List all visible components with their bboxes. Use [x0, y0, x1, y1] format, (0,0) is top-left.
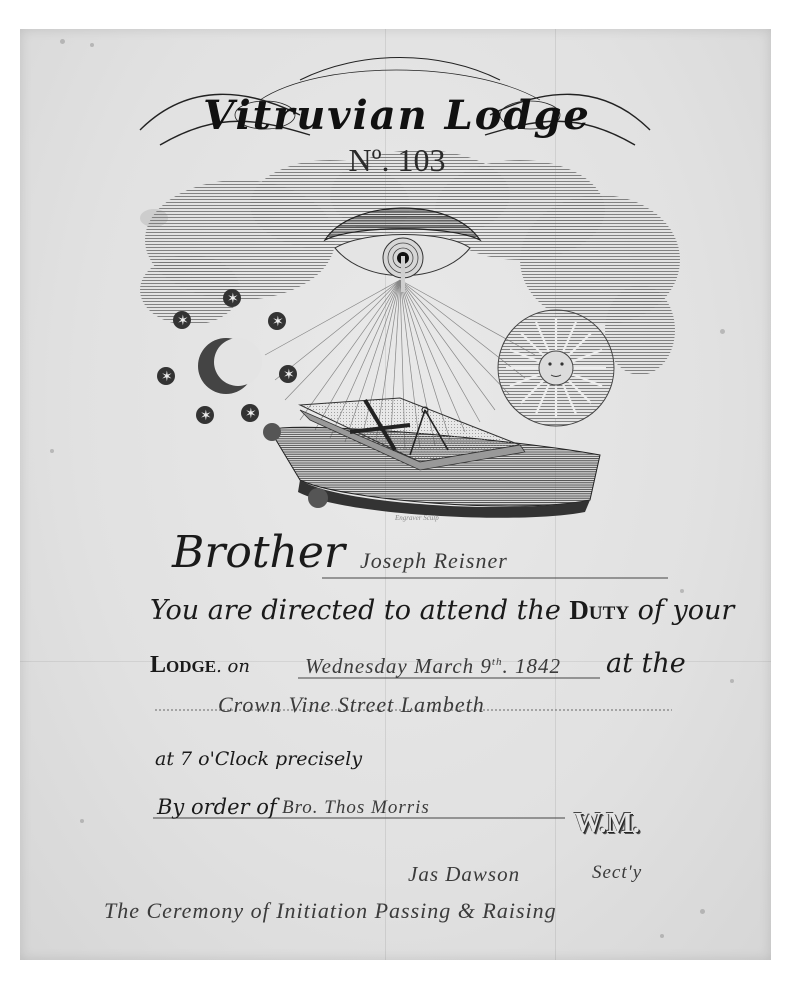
brother-name: Joseph Reisner — [360, 548, 508, 574]
lodge-number: Nº. 103 — [0, 142, 794, 179]
year-text: . 1842 — [502, 654, 561, 678]
duty-label: Duty — [569, 595, 629, 625]
svg-text:✶: ✶ — [245, 406, 257, 422]
directive-text-end: of your — [638, 595, 735, 626]
order-by-name: Bro. Thos Morris — [282, 797, 430, 819]
lodge-line: Lodge. on — [150, 648, 250, 679]
directive-line: You are directed to attend the Duty of y… — [150, 595, 734, 626]
at-the-label: at the — [606, 648, 686, 679]
lodge-title: Vitruvian Lodge — [0, 92, 794, 139]
date-suffix: th — [492, 656, 503, 668]
svg-text:✶: ✶ — [227, 291, 239, 307]
directive-text: You are directed to attend the — [150, 595, 561, 626]
engraver-credit: Engraver Sculp — [395, 514, 439, 522]
date-text: Wednesday March 9 — [305, 654, 492, 678]
lodge-label: Lodge — [150, 652, 216, 678]
svg-text:✶: ✶ — [200, 408, 212, 424]
order-prefix: By order of — [157, 795, 277, 819]
svg-text:✶: ✶ — [177, 313, 189, 329]
worshipful-master-label: W.M. — [574, 808, 640, 840]
ceremony-note: The Ceremony of Initiation Passing & Rai… — [104, 898, 557, 924]
crescent-moon-icon — [198, 338, 262, 394]
on-label: . on — [216, 656, 250, 677]
secretary-title: Sect'y — [592, 862, 642, 884]
salutation: Brother — [172, 527, 345, 578]
svg-text:✶: ✶ — [272, 314, 284, 330]
svg-text:✶: ✶ — [283, 367, 295, 383]
secretary-signature: Jas Dawson — [408, 862, 520, 887]
meeting-venue: Crown Vine Street Lambeth — [218, 692, 485, 718]
meeting-time: at 7 o'Clock precisely — [155, 748, 362, 770]
meeting-date: Wednesday March 9th. 1842 — [305, 654, 561, 679]
sun-face-icon — [498, 310, 614, 426]
all-seeing-eye — [325, 208, 480, 292]
svg-text:✶: ✶ — [161, 369, 173, 385]
